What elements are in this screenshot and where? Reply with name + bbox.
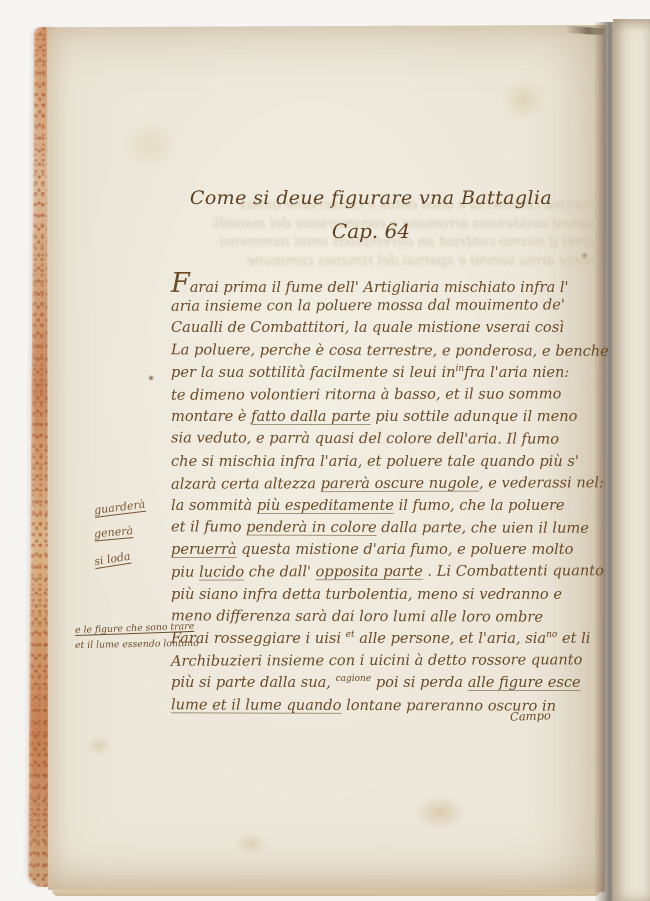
next-page-edge: [613, 19, 650, 901]
manuscript-line: montare è fatto dalla parte piu sottile …: [171, 406, 575, 428]
manuscript-line: più siano infra detta turbolentia, meno …: [171, 584, 575, 606]
manuscript-line: Archibuzieri insieme con i uicini à dett…: [171, 649, 575, 673]
manuscript-line: te dimeno volontieri ritorna à basso, et…: [171, 383, 575, 407]
manuscript-line: Caualli de Combattitori, la quale mistio…: [171, 317, 575, 339]
page-bottom-edge: [52, 889, 600, 896]
manuscript-line: che si mischia infra l'aria, et poluere …: [171, 451, 575, 473]
manuscript-line: piu lucido che dall' opposita parte . Li…: [171, 561, 575, 585]
manuscript-line: meno differenza sarà dai loro lumi alle …: [171, 605, 575, 629]
margin-note-line: et il lume essendo lontano: [75, 635, 193, 653]
manuscript-line: alzarà certa altezza parerà oscure nugol…: [171, 472, 575, 496]
manuscript-line: et il fumo penderà in colore dalla parte…: [171, 516, 575, 540]
margin-note-lower: e le figure che sono trareet il lume ess…: [75, 621, 193, 652]
manuscript-line: più si parte dalla sua, cagione poi si p…: [171, 672, 575, 694]
margin-note-line: si loda: [93, 543, 174, 569]
chapter-title: Come si deue figurare vna Battaglia: [172, 187, 570, 209]
manuscript-line: Farai prima il fume dell' Artigliaria mi…: [171, 273, 575, 295]
chapter-number: Cap. 64: [172, 219, 570, 243]
manuscript-body: Farai prima il fume dell' Artigliaria mi…: [171, 273, 575, 717]
manuscript-line: la sommità più espeditamente il fumo, ch…: [171, 495, 575, 517]
manuscript-line: aria insieme con la poluere mossa dal mo…: [171, 294, 575, 318]
catchword: Campo: [510, 708, 551, 723]
margin-note-upper: guarderàgeneràsi loda: [94, 499, 174, 574]
margin-note-line: generà: [94, 521, 175, 542]
manuscript-line: La poluere, perche è cosa terrestre, e p…: [171, 339, 575, 363]
manuscript-line: peruerrà questa mistione d'aria fumo, e …: [171, 539, 575, 561]
manuscript-line: Farai rosseggiare i uisi et alle persone…: [171, 628, 575, 650]
manuscript-line: per la sua sottilità facilmente si leui …: [171, 362, 575, 384]
manuscript-line: sia veduto, e parrà quasi del colore del…: [171, 428, 575, 452]
open-book-photo: manma commersa e anos ontos e conservane…: [0, 0, 650, 901]
